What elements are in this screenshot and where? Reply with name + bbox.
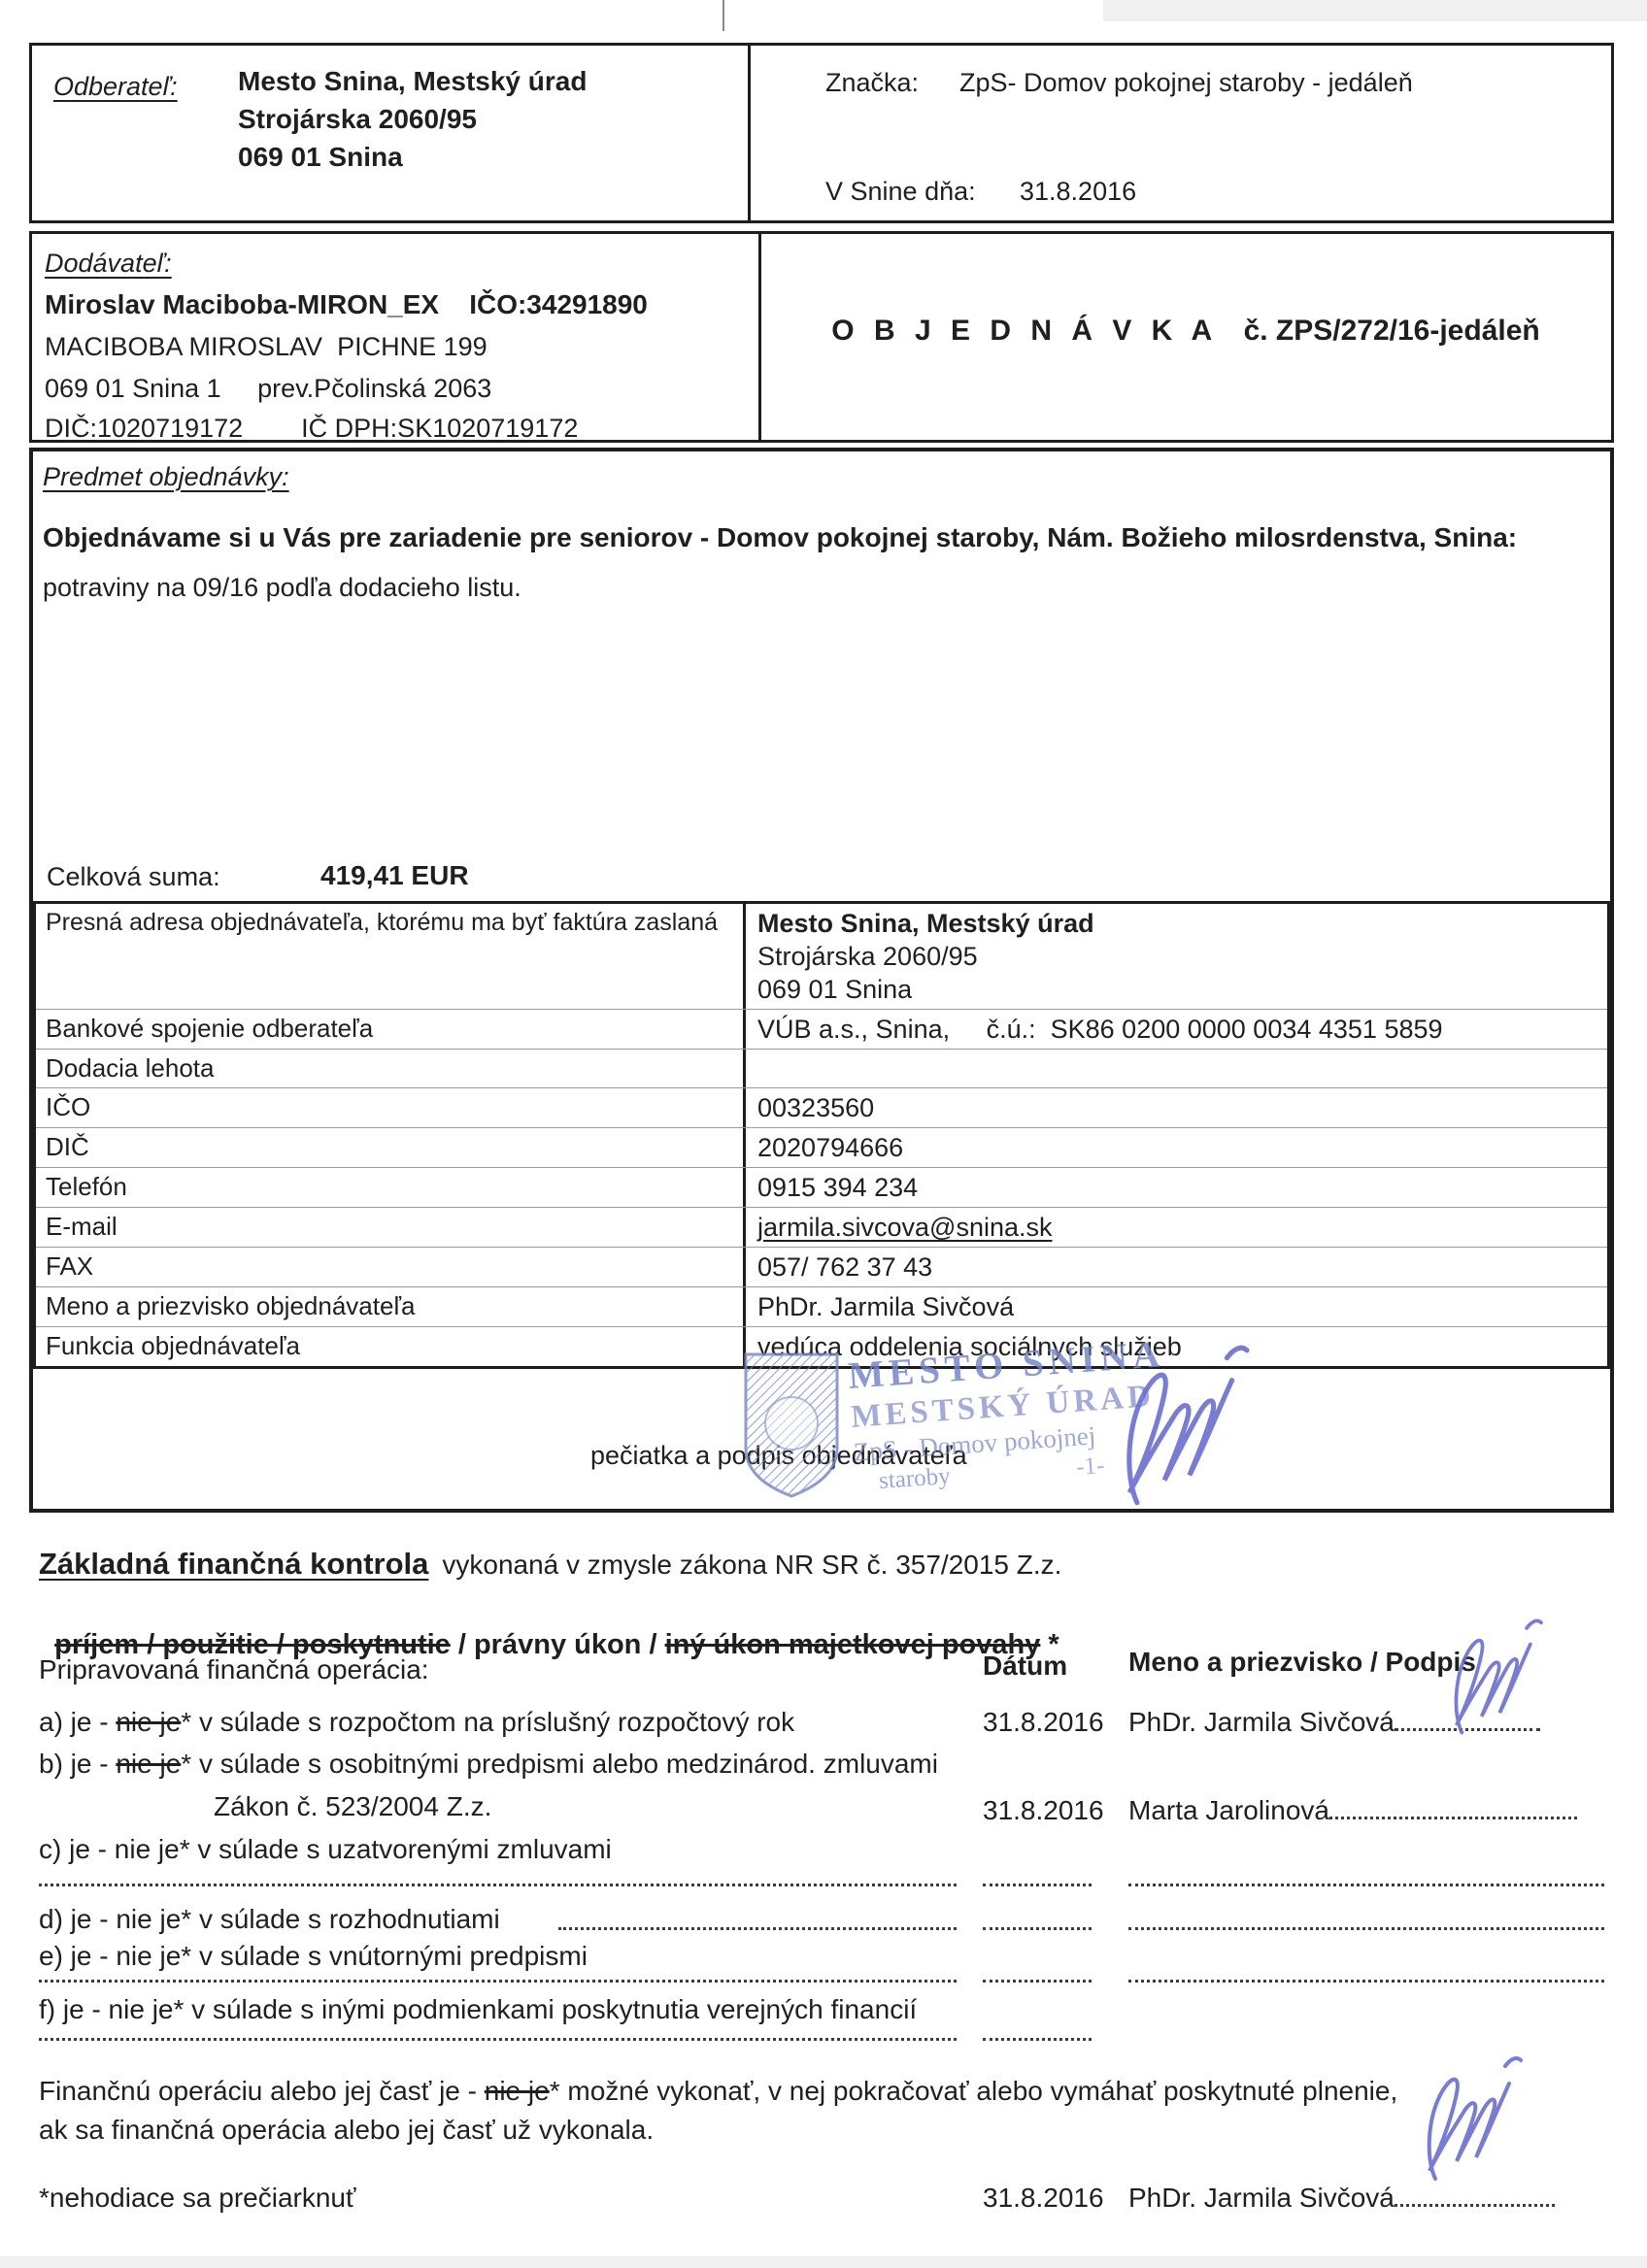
row-label: Presná adresa objednávateľa, ktorému ma … bbox=[36, 904, 743, 1009]
invoice-address-line2: Strojárska 2060/95 bbox=[757, 940, 1596, 973]
table-row: IČO 00323560 bbox=[36, 1087, 1607, 1127]
row-value: PhDr. Jarmila Sivčová bbox=[743, 1287, 1607, 1326]
order-number: č. ZPS/272/16-jedáleň bbox=[1244, 315, 1540, 347]
table-row: Presná adresa objednávateľa, ktorému ma … bbox=[36, 904, 1607, 1009]
customer-address: Mesto Snina, Mestský úrad Strojárska 206… bbox=[238, 62, 587, 176]
dotted-line bbox=[558, 1903, 957, 1930]
control-item-d: d) je - nie je* v súlade s rozhodnutiami bbox=[39, 1902, 500, 1936]
customer-address-line1: Mesto Snina, Mestský úrad bbox=[238, 62, 587, 100]
dotted-line bbox=[39, 1955, 957, 1983]
item-b2-name-text: Marta Jarolinová bbox=[1128, 1795, 1329, 1825]
table-row: Bankové spojenie odberateľa VÚB a.s., Sn… bbox=[36, 1009, 1607, 1049]
row-label: IČO bbox=[36, 1088, 743, 1127]
order-title-line: O B J E D N Á V K A č. ZPS/272/16-jedále… bbox=[761, 313, 1610, 350]
row-value: 2020794666 bbox=[743, 1128, 1607, 1167]
control-heading: Základná finančná kontrola bbox=[39, 1546, 428, 1583]
fin-pre: Finančnú operáciu alebo jej časť je - bbox=[39, 2076, 485, 2106]
subject-label: Predmet objednávky: bbox=[43, 460, 289, 493]
bottom-name-text: PhDr. Jarmila Sivčová bbox=[1128, 2183, 1395, 2213]
row-value: 00323560 bbox=[743, 1088, 1607, 1127]
mark-value: ZpS- Domov pokojnej staroby - jedáleň bbox=[959, 66, 1413, 99]
table-row: FAX 057/ 762 37 43 bbox=[36, 1247, 1607, 1286]
footnote: *nehodiace sa prečiarknuť bbox=[39, 2181, 355, 2215]
fin-struck: nie je bbox=[485, 2076, 550, 2106]
supplier-name-ico: Miroslav Maciboba-MIRON_EX IČO:34291890 bbox=[45, 287, 648, 321]
supplier-line4: DIČ:1020719172 IČ DPH:SK1020719172 bbox=[45, 412, 578, 445]
dotted-line bbox=[1128, 1903, 1604, 1930]
item-a-date: 31.8.2016 bbox=[983, 1705, 1104, 1739]
final-statement-line1: Finančnú operáciu alebo jej časť je - ni… bbox=[39, 2074, 1612, 2108]
scan-artifact-bottom bbox=[0, 2256, 1647, 2268]
column-header-date: Dátum bbox=[983, 1649, 1067, 1683]
item-b-struck: nie je bbox=[116, 1749, 181, 1779]
item-b-pre: b) je - bbox=[39, 1749, 116, 1779]
customer-address-line2: Strojárska 2060/95 bbox=[238, 100, 587, 138]
customer-address-line3: 069 01 Snina bbox=[238, 138, 587, 176]
supplier-line3: 069 01 Snina 1 prev.Pčolinská 2063 bbox=[45, 372, 491, 405]
subject-line2: potraviny na 09/16 podľa dodacieho listu… bbox=[43, 571, 521, 604]
prepared-operation-label: Pripravovaná finančná operácia: bbox=[39, 1652, 429, 1686]
dotted-leader bbox=[1329, 1813, 1577, 1819]
total-value: 419,41 EUR bbox=[320, 858, 469, 892]
item-b2-date: 31.8.2016 bbox=[983, 1793, 1104, 1827]
row-value-email: jarmila.sivcova@snina.sk bbox=[743, 1208, 1607, 1247]
scan-artifact-mark bbox=[723, 0, 724, 31]
item-a-struck: nie je bbox=[116, 1707, 181, 1737]
table-row: DIČ 2020794666 bbox=[36, 1127, 1607, 1167]
row-value: 0915 394 234 bbox=[743, 1168, 1607, 1207]
bottom-date: 31.8.2016 bbox=[983, 2181, 1104, 2215]
item-a-pre: a) je - bbox=[39, 1707, 116, 1737]
signature-stamp-area bbox=[1080, 1338, 1274, 1513]
header-divider bbox=[748, 43, 751, 223]
row-value bbox=[743, 1050, 1607, 1087]
city-crest-icon bbox=[740, 1350, 843, 1501]
customer-label: Odberateľ: bbox=[53, 70, 178, 103]
table-row: Meno a priezvisko objednávateľa PhDr. Ja… bbox=[36, 1286, 1607, 1326]
dotted-line bbox=[983, 1859, 1092, 1886]
control-item-b2: Zákon č. 523/2004 Z.z. bbox=[214, 1789, 491, 1823]
dotted-line bbox=[39, 1859, 957, 1886]
signature-bottom bbox=[1379, 2051, 1554, 2186]
row-label: Meno a priezvisko objednávateľa bbox=[36, 1287, 743, 1326]
details-table: Presná adresa objednávateľa, ktorému ma … bbox=[33, 901, 1610, 1369]
supplier-line2: MACIBOBA MIROSLAV PICHNE 199 bbox=[45, 330, 487, 363]
row-label: E-mail bbox=[36, 1208, 743, 1247]
table-row: E-mail jarmila.sivcova@snina.sk bbox=[36, 1207, 1607, 1247]
control-heading-rest: vykonaná v zmysle zákona NR SR č. 357/20… bbox=[442, 1548, 1061, 1582]
dotted-leader bbox=[1395, 2200, 1555, 2207]
row-label: DIČ bbox=[36, 1128, 743, 1167]
row-label: Dodacia lehota bbox=[36, 1050, 743, 1087]
invoice-address-line1: Mesto Snina, Mestský úrad bbox=[757, 907, 1596, 940]
row-value: VÚB a.s., Snina, č.ú.: SK86 0200 0000 00… bbox=[743, 1010, 1607, 1049]
row-label: Funkcia objednávateľa bbox=[36, 1327, 743, 1366]
dotted-line bbox=[983, 1903, 1092, 1930]
invoice-address-line3: 069 01 Snina bbox=[757, 973, 1596, 1006]
row-label: Bankové spojenie odberateľa bbox=[36, 1010, 743, 1049]
mark-label: Značka: bbox=[825, 66, 919, 99]
date-value: 31.8.2016 bbox=[1020, 175, 1136, 208]
row-label: Telefón bbox=[36, 1168, 743, 1207]
table-row: Dodacia lehota bbox=[36, 1049, 1607, 1087]
dotted-line bbox=[39, 2014, 957, 2041]
total-label: Celková suma: bbox=[47, 860, 220, 893]
supplier-label: Dodávateľ: bbox=[45, 247, 172, 280]
signature-item-a bbox=[1408, 1614, 1573, 1740]
row-label: FAX bbox=[36, 1248, 743, 1286]
control-item-a: a) je - nie je* v súlade s rozpočtom na … bbox=[39, 1705, 794, 1739]
control-item-b: b) je - nie je* v súlade s osobitnými pr… bbox=[39, 1747, 938, 1781]
dotted-line bbox=[1128, 1859, 1604, 1886]
row-value: Mesto Snina, Mestský úrad Strojárska 206… bbox=[743, 904, 1607, 1009]
fin-post: * možné vykonať, v nej pokračovať alebo … bbox=[550, 2076, 1398, 2106]
control-heading-line: Základná finančná kontrola vykonaná v zm… bbox=[39, 1546, 1061, 1583]
item-a-name-text: PhDr. Jarmila Sivčová bbox=[1128, 1707, 1395, 1737]
subject-line1: Objednávame si u Vás pre zariadenie pre … bbox=[43, 520, 1597, 554]
scan-artifact-top bbox=[1103, 0, 1647, 21]
dotted-line bbox=[1128, 1955, 1604, 1983]
final-statement-line2: ak sa finančná operácia alebo jej časť u… bbox=[39, 2113, 654, 2147]
stamp-line4-word: staroby bbox=[878, 1462, 952, 1496]
date-label: V Snine dňa: bbox=[825, 175, 976, 208]
item-b2-name: Marta Jarolinová bbox=[1128, 1793, 1577, 1827]
item-b-post: * v súlade s osobitnými predpismi alebo … bbox=[181, 1749, 938, 1779]
ops-middle: / právny úkon / bbox=[451, 1629, 665, 1660]
dotted-line bbox=[983, 1955, 1092, 1983]
table-row: Telefón 0915 394 234 bbox=[36, 1167, 1607, 1207]
item-a-post: * v súlade s rozpočtom na príslušný rozp… bbox=[181, 1707, 794, 1737]
dotted-line bbox=[983, 2014, 1092, 2041]
order-title: O B J E D N Á V K A bbox=[831, 315, 1218, 347]
row-value: 057/ 762 37 43 bbox=[743, 1248, 1607, 1286]
